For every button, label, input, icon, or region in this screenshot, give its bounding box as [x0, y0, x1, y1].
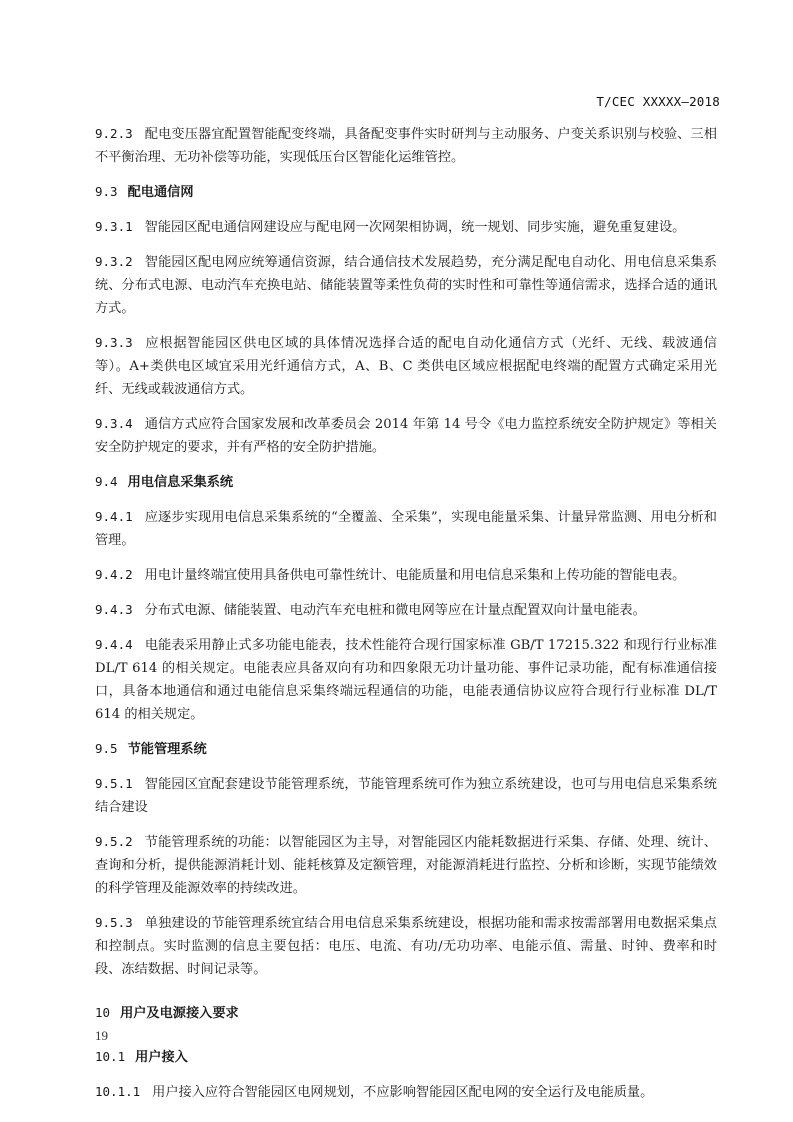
section-number: 10.1	[95, 1049, 125, 1064]
document-code-header: T/CEC XXXXX—2018	[596, 94, 720, 109]
clause-text: 配电变压器宜配置智能配变终端，具备配变事件实时研判与主动服务、户变关系识别与校验…	[95, 127, 717, 165]
page-number: 19	[95, 1028, 108, 1044]
clause-text: 智能园区配电网应统筹通信资源，结合通信技术发展趋势，充分满足配电自动化、用电信息…	[95, 255, 717, 316]
clause-9-3-1: 9.3.1智能园区配电通信网建设应与配电网一次网架相协调，统一规划、同步实施，避…	[95, 215, 717, 239]
clause-text: 分布式电源、储能装置、电动汽车充电桩和微电网等应在计量点配置双向计量电能表。	[145, 603, 646, 618]
clause-number: 9.4.2	[95, 567, 133, 582]
clause-number: 10.1.1	[95, 1084, 140, 1099]
clause-number: 9.4.3	[95, 602, 133, 617]
clause-9-4-1: 9.4.1应逐步实现用电信息采集系统的“全覆盖、全采集”，实现电能量采集、计量异…	[95, 505, 717, 552]
clause-9-3-2: 9.3.2智能园区配电网应统筹通信资源，结合通信技术发展趋势，充分满足配电自动化…	[95, 250, 717, 320]
clause-number: 9.3.3	[95, 335, 133, 350]
clause-9-4-3: 9.4.3分布式电源、储能装置、电动汽车充电桩和微电网等应在计量点配置双向计量电…	[95, 598, 717, 622]
section-title: 配电通信网	[128, 185, 194, 200]
clause-number: 9.3.1	[95, 219, 133, 234]
section-heading-9-3: 9.3配电通信网	[95, 180, 717, 204]
section-title: 用电信息采集系统	[128, 475, 234, 490]
clause-10-1-1: 10.1.1用户接入应符合智能园区电网规划，不应影响智能园区配电网的安全运行及电…	[95, 1080, 717, 1104]
document-page: T/CEC XXXXX—2018 9.2.3配电变压器宜配置智能配变终端，具备配…	[0, 0, 793, 1122]
section-title: 用户接入	[135, 1050, 188, 1065]
section-number: 9.5	[95, 741, 118, 756]
section-heading-10-1: 10.1用户接入	[95, 1045, 717, 1069]
chapter-title: 用户及电源接入要求	[120, 1006, 239, 1021]
document-body: 9.2.3配电变压器宜配置智能配变终端，具备配变事件实时研判与主动服务、户变关系…	[95, 122, 717, 1115]
clause-text: 节能管理系统的功能：以智能园区为主导，对智能园区内能耗数据进行采集、存储、处理、…	[95, 835, 717, 896]
clause-text: 应逐步实现用电信息采集系统的“全覆盖、全采集”，实现电能量采集、计量异常监测、用…	[95, 510, 717, 548]
clause-number: 9.4.1	[95, 509, 133, 524]
clause-text: 智能园区宜配套建设节能管理系统，节能管理系统可作为独立系统建设，也可与用电信息采…	[95, 777, 717, 815]
clause-number: 9.3.4	[95, 416, 133, 431]
clause-number: 9.5.2	[95, 834, 133, 849]
clause-9-4-2: 9.4.2用电计量终端宜使用具备供电可靠性统计、电能质量和用电信息采集和上传功能…	[95, 563, 717, 587]
chapter-number: 10	[95, 1005, 110, 1020]
clause-9-5-3: 9.5.3单独建设的节能管理系统宜结合用电信息采集系统建设，根据功能和需求按需部…	[95, 911, 717, 981]
section-number: 9.4	[95, 474, 118, 489]
section-heading-9-4: 9.4用电信息采集系统	[95, 470, 717, 494]
clause-text: 用电计量终端宜使用具备供电可靠性统计、电能质量和用电信息采集和上传功能的智能电表…	[145, 568, 686, 583]
clause-9-3-4: 9.3.4通信方式应符合国家发展和改革委员会 2014 年第 14 号令《电力监…	[95, 412, 717, 459]
clause-number: 9.3.2	[95, 254, 133, 269]
clause-number: 9.5.1	[95, 776, 133, 791]
clause-number: 9.4.4	[95, 637, 133, 652]
clause-text: 用户接入应符合智能园区电网规划，不应影响智能园区配电网的安全运行及电能质量。	[152, 1085, 653, 1100]
clause-9-4-4: 9.4.4电能表采用静止式多功能电能表，技术性能符合现行国家标准 GB/T 17…	[95, 633, 717, 726]
clause-9-3-3: 9.3.3应根据智能园区供电区域的具体情况选择合适的配电自动化通信方式（光纤、无…	[95, 331, 717, 401]
clause-text: 智能园区配电通信网建设应与配电网一次网架相协调，统一规划、同步实施，避免重复建设…	[145, 220, 686, 235]
clause-text: 通信方式应符合国家发展和改革委员会 2014 年第 14 号令《电力监控系统安全…	[95, 417, 717, 455]
section-title: 节能管理系统	[128, 742, 207, 757]
clause-text: 应根据智能园区供电区域的具体情况选择合适的配电自动化通信方式（光纤、无线、载波通…	[95, 336, 717, 397]
clause-number: 9.5.3	[95, 915, 133, 930]
section-heading-9-5: 9.5节能管理系统	[95, 737, 717, 761]
section-number: 9.3	[95, 184, 118, 199]
clause-text: 单独建设的节能管理系统宜结合用电信息采集系统建设，根据功能和需求按需部署用电数据…	[95, 916, 717, 977]
clause-9-5-1: 9.5.1智能园区宜配套建设节能管理系统，节能管理系统可作为独立系统建设，也可与…	[95, 772, 717, 819]
clause-9-5-2: 9.5.2节能管理系统的功能：以智能园区为主导，对智能园区内能耗数据进行采集、存…	[95, 830, 717, 900]
clause-9-2-3: 9.2.3配电变压器宜配置智能配变终端，具备配变事件实时研判与主动服务、户变关系…	[95, 122, 717, 169]
clause-text: 电能表采用静止式多功能电能表，技术性能符合现行国家标准 GB/T 17215.3…	[95, 638, 717, 722]
chapter-heading-10: 10用户及电源接入要求	[95, 1001, 717, 1025]
clause-number: 9.2.3	[95, 126, 133, 141]
